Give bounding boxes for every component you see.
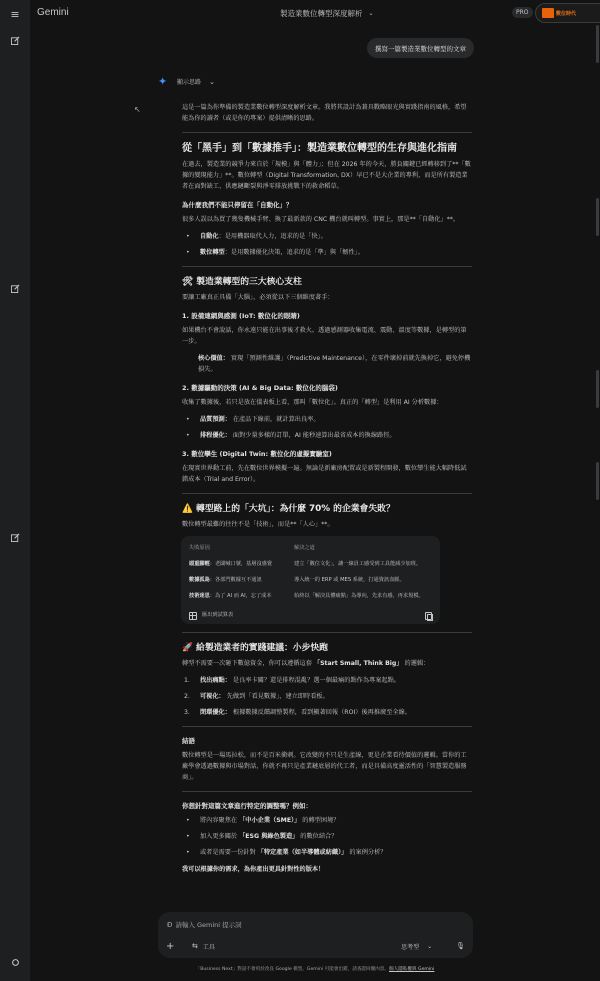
closing-line: 我可以根據你的需求，為你產出更具針對性的版本！ xyxy=(182,864,472,875)
subsection-heading: 1. 設備連網與感測 (IoT: 數位化的眼睛) xyxy=(182,311,472,322)
footer-disclaimer: 「Business Next」對話不會用於改良 Google 模型。Gemini… xyxy=(160,966,470,972)
prompt-placeholder: 請輸入 Gemini 提示詞 xyxy=(175,920,241,929)
paragraph: 收集了數據後，若只是放在儀表板上看，那叫「數位化」。真正的「轉型」是利用 AI … xyxy=(182,397,472,408)
chevron-down-icon: ⌄ xyxy=(369,10,374,17)
top-bar: Gemini 製造業數位轉型深度解析 ⌄ PRO 數位時代 阿發 xyxy=(30,0,600,26)
section-heading: 結語 xyxy=(182,736,472,747)
show-thinking-toggle[interactable]: ✦ 顯示思路 ⌄ xyxy=(158,76,215,87)
paragraph: 在現實世界動工前，先在數位世界模擬一遍。無論是新廠房配置或是新製程開發，數位孿生… xyxy=(182,463,472,485)
data-table: 失敗原因 解決之道 頭重腳輕：老闆喊口號，基層沒感覺 建立「數位文化」，讓一線員… xyxy=(181,536,440,624)
app-title: Gemini xyxy=(37,7,69,18)
user-message: 撰寫一篇製造業數位轉型的文章 xyxy=(367,38,474,58)
microphone-icon[interactable]: 🎙 xyxy=(456,942,465,950)
blockquote: 核心價值： 實現「預測性維護」（Predictive Maintenance），… xyxy=(182,353,472,375)
mouse-cursor-icon: ↖ xyxy=(134,105,141,114)
prompt-composer: Ð 請輸入 Gemini 提示詞 + ⇆ 工具 思考型 ⌄ 🎙 xyxy=(158,912,473,958)
section-heading: 為什麼我們不能只停留在「自動化」？ xyxy=(182,200,472,211)
list-item: 數位轉型：是用數據優化決策，追求的是「準」與「韌性」。 xyxy=(182,247,472,258)
numbered-list: 1.找出痛點： 是良率卡關？還是排程混亂？選一個最痛的點作為專案起點。 2.可視… xyxy=(182,675,472,718)
paragraph: 轉型不需要一次砸下數億資金，你可以遵循這套 「Start Small, Thin… xyxy=(182,658,472,669)
table-header-row: 失敗原因 解決之道 xyxy=(189,541,432,557)
tools-icon: ⇆ xyxy=(192,942,198,950)
paragraph: 數位轉型是一場馬拉松，而不是百米衝刺。它改變的不只是生產線，更是企業看待價值的邏… xyxy=(182,750,472,783)
paragraph: 要讓工廠真正具備「大腦」，必須從以下三個維度著手： xyxy=(182,292,472,303)
section-heading: 🚀 給製造業者的實踐建議：小步快跑 xyxy=(182,642,472,655)
divider xyxy=(182,493,472,494)
list-item: 1.找出痛點： 是良率卡關？還是排程混亂？選一個最痛的點作為專案起點。 xyxy=(182,675,472,686)
tools-button[interactable]: ⇆ 工具 xyxy=(192,942,215,951)
list-item: 將內容聚焦在 「中小企業（SME）」 的轉型困境？ xyxy=(182,815,472,826)
chat-title-dropdown[interactable]: 製造業數位轉型深度解析 ⌄ xyxy=(280,8,374,19)
account-switcher[interactable]: 數位時代 阿發 xyxy=(535,3,600,23)
copy-icon[interactable] xyxy=(425,612,432,620)
add-button[interactable]: + xyxy=(166,941,178,952)
list-item: 排程優化： 面對少量多樣的訂單，AI 能秒速算出最省成本的換線路徑。 xyxy=(182,430,472,441)
list-item: 加入更多關於 「ESG 與綠色製造」 的數位結合？ xyxy=(182,831,472,842)
menu-icon[interactable]: ≡ xyxy=(8,7,22,21)
list-item: 3.閉環優化： 根據數據反饋調整製程，看到顯著回報（ROI）後再推廣至全線。 xyxy=(182,707,472,718)
paragraph: 很多人誤以為買了幾隻機械手臂、換了最新款的 CNC 機台就叫轉型。事實上，那是*… xyxy=(182,214,472,225)
new-chat-icon[interactable] xyxy=(8,281,22,295)
privacy-link[interactable]: 個人隱私權與 Gemini xyxy=(389,967,434,972)
text-cursor-icon: Ð xyxy=(167,921,172,929)
table-row: 數據孤島：各部門數據互不通訊 導入統一的 ERP 或 MES 系統，打通資訊血脈… xyxy=(189,573,432,589)
paragraph: 如果機台不會說話，你永遠只能在出事後才救火。透過感測器收集電流、震動、溫度等數據… xyxy=(182,325,472,347)
new-chat-icon[interactable] xyxy=(8,530,22,544)
lead-paragraph: 在過去，製造業的競爭力來自於「規模」與「體力」；但在 2026 年的今天，勝負關… xyxy=(182,159,472,192)
table-icon xyxy=(189,612,197,620)
bullet-list: 將內容聚焦在 「中小企業（SME）」 的轉型困境？ 加入更多關於 「ESG 與綠… xyxy=(182,815,472,858)
settings-icon[interactable] xyxy=(8,955,22,969)
chevron-down-icon: ⌄ xyxy=(427,943,432,950)
bullet-list: 自動化：是用機器取代人力，追求的是「快」。 數位轉型：是用數據優化決策，追求的是… xyxy=(182,231,472,258)
export-to-sheets-button[interactable]: 匯出到試算表 xyxy=(189,611,233,620)
model-selector[interactable]: 思考型 ⌄ xyxy=(401,942,432,951)
new-chat-icon[interactable] xyxy=(8,33,22,47)
divider xyxy=(182,632,472,633)
section-heading: ⚠️ 轉型路上的「大坑」：為什麼 70% 的企業會失敗？ xyxy=(182,503,472,516)
chevron-down-icon: ⌄ xyxy=(209,78,215,86)
prompt-input[interactable]: Ð 請輸入 Gemini 提示詞 xyxy=(167,920,242,929)
list-item: 2.可視化： 先做到「看見數據」，建立即時看板。 xyxy=(182,691,472,702)
show-thinking-label: 顯示思路 xyxy=(177,77,201,86)
brand-logo: 數位時代 xyxy=(542,8,580,19)
scrollbar[interactable] xyxy=(596,462,599,500)
subsection-heading: 3. 數位孿生 (Digital Twin: 數位化的虛擬實驗室) xyxy=(182,449,472,460)
chat-title: 製造業數位轉型深度解析 xyxy=(280,8,363,19)
composer-toolbar: + ⇆ 工具 思考型 ⌄ 🎙 xyxy=(166,940,465,952)
intro-paragraph: 這是一篇為你準備的製造業數位轉型深度解析文章。我將其設計為兼具戰略眼光與實踐指南… xyxy=(182,102,472,124)
divider xyxy=(182,132,472,133)
list-item: 自動化：是用機器取代人力，追求的是「快」。 xyxy=(182,231,472,242)
divider xyxy=(182,726,472,727)
scrollbar[interactable] xyxy=(596,198,599,236)
subsection-heading: 2. 數據驅動的決策 (AI & Big Data: 數位化的腦袋) xyxy=(182,383,472,394)
table-footer: 匯出到試算表 xyxy=(189,605,432,620)
table-row: 頭重腳輕：老闆喊口號，基層沒感覺 建立「數位文化」，讓一線員工感受到工具能減少加… xyxy=(189,557,432,573)
model-response: 這是一篇為你準備的製造業數位轉型深度解析文章。我將其設計為兼具戰略眼光與實踐指南… xyxy=(182,102,472,881)
sidebar: ≡ xyxy=(0,0,30,981)
scrollbar[interactable] xyxy=(596,370,599,408)
table-row: 技術迷思：為了 AI 而 AI，忘了成本 始終以「解決具體痛點」為導向，先求有感… xyxy=(189,589,432,605)
brand-logo-icon xyxy=(542,8,554,18)
followup-heading: 你想針對這篇文章進行特定的調整嗎？例如： xyxy=(182,801,472,812)
divider xyxy=(182,791,472,792)
divider xyxy=(182,266,472,267)
gemini-spark-icon: ✦ xyxy=(158,76,169,87)
list-item: 品質預測： 在產品下線前，就計算出良率。 xyxy=(182,414,472,425)
section-heading: 🛠 製造業轉型的三大核心支柱 xyxy=(182,276,472,289)
paragraph: 數位轉型最難的往往不是「技術」，而是**「人心」**。 xyxy=(182,519,472,530)
pro-badge: PRO xyxy=(512,7,533,18)
scrollbar[interactable] xyxy=(596,25,599,63)
article-title: 從「黑手」到「數據推手」：製造業數位轉型的生存與進化指南 xyxy=(182,142,472,156)
list-item: 或者是需要一份針對 「特定產業（如半導體或紡織）」 的案例分析？ xyxy=(182,847,472,858)
bullet-list: 品質預測： 在產品下線前，就計算出良率。 排程優化： 面對少量多樣的訂單，AI … xyxy=(182,414,472,441)
